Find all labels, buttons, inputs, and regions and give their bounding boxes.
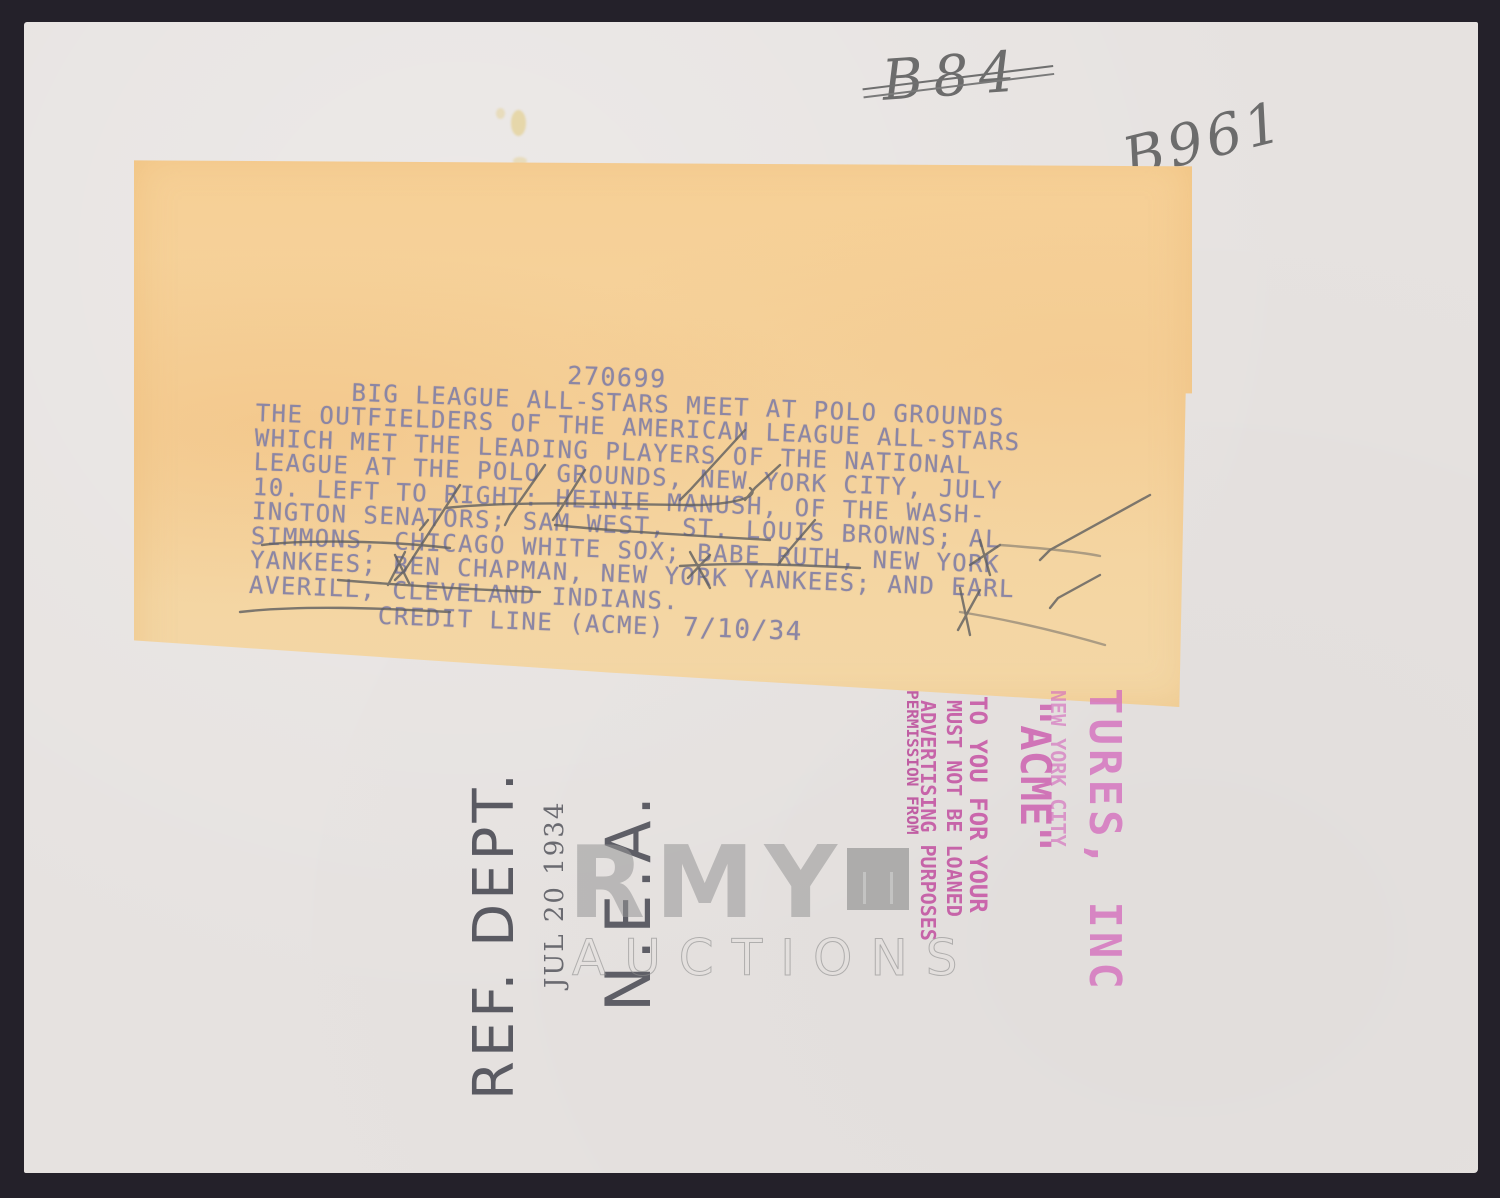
crossed-out-reference: B84 — [880, 39, 1027, 114]
acme-stamp-line: TO YOU FOR YOUR — [964, 696, 992, 913]
stain — [496, 108, 505, 119]
acme-stamp-line: TURES, INC — [1079, 688, 1130, 993]
column-icon — [847, 848, 909, 910]
acme-stamp-line: MUST NOT BE LOANED — [942, 700, 966, 917]
stain — [511, 110, 526, 136]
received-date-stamp: JUL 20 1934 — [540, 801, 570, 988]
acme-stamp-line: PERMISSION FROM — [903, 690, 922, 835]
watermark-subtitle: AUCTIONS — [572, 928, 976, 988]
acme-stamp-line: "ACME" — [1011, 700, 1060, 852]
caption-date: 7/10/34 — [664, 612, 803, 647]
watermark: RMY AUCTIONS — [568, 838, 976, 988]
caption-text: 270699BIG LEAGUE ALL-STARS MEET AT POLO … — [248, 352, 1023, 653]
ref-dept-stamp: REF. DEPT. — [462, 769, 527, 1100]
watermark-brand: RMY — [568, 824, 847, 941]
